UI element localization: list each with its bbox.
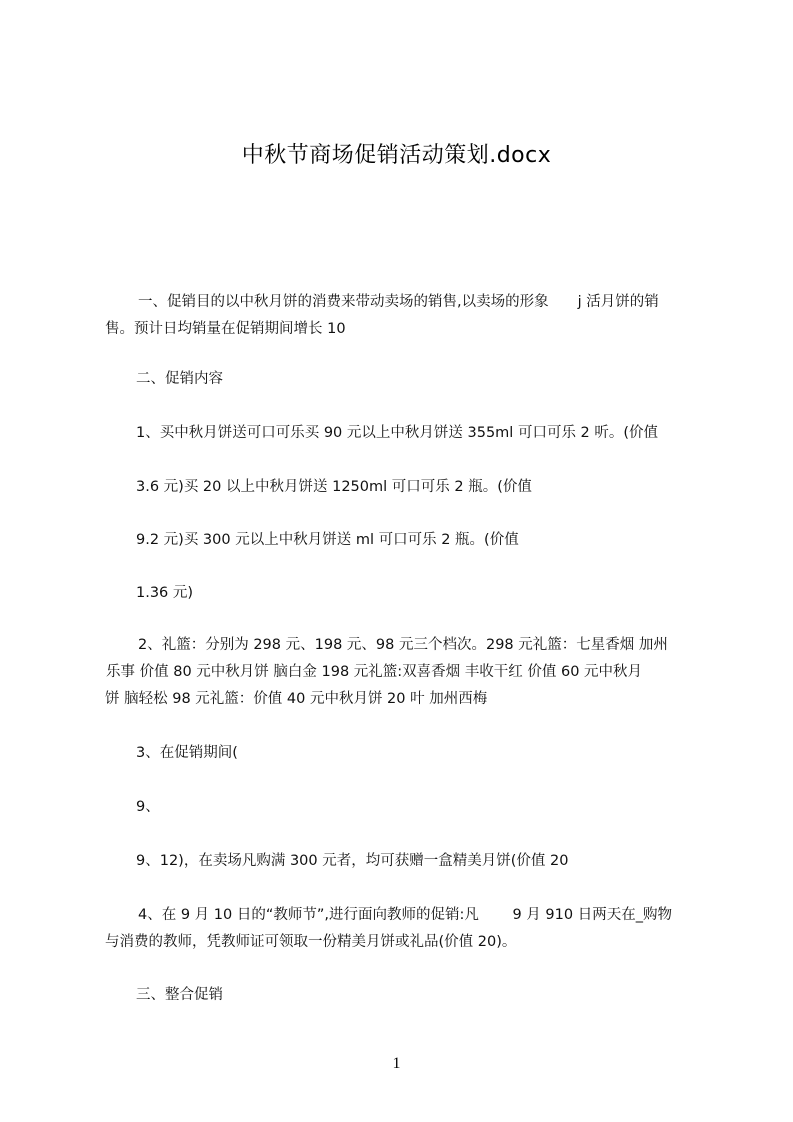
item-3-line-3: 9、12)，在卖场凡购满 300 元者，均可获赠一盒精美月饼(价值 20 (136, 851, 568, 871)
document-page: 中秋节商场促销活动策划.docx 一、促销目的以中秋月饼的消费来带动卖场的销售,… (0, 0, 793, 1122)
paragraph-purpose-line-1: 一、促销目的以中秋月饼的消费来带动卖场的销售,以卖场的形象 j 活月饼的销 (138, 292, 659, 312)
item-4-line-1: 4、在 9 月 10 日的“教师节”,进行面向教师的促销:凡 9 月 910 日… (138, 905, 672, 925)
item-1-line-3: 9.2 元)买 300 元以上中秋月饼送 ml 可口可乐 2 瓶。(价值 (136, 530, 519, 550)
item-4-line-2: 与消费的教师，凭教师证可领取一份精美月饼或礼品(价值 20)。 (105, 932, 516, 952)
item-3-line-1: 3、在促销期间( (136, 743, 238, 763)
section-heading-integrated-promotion: 三、整合促销 (136, 985, 223, 1005)
document-title: 中秋节商场促销活动策划.docx (0, 140, 793, 172)
page-number: 1 (0, 1055, 793, 1073)
section-heading-promotion-content: 二、促销内容 (136, 369, 223, 389)
item-3-line-2: 9、 (136, 797, 160, 817)
item-2-line-3: 饼 脑轻松 98 元礼篮：价值 40 元中秋月饼 20 叶 加州西梅 (105, 689, 487, 709)
item-2-line-1: 2、礼篮：分别为 298 元、198 元、98 元三个档次。298 元礼篮：七星… (138, 635, 668, 655)
item-1-line-1: 1、买中秋月饼送可口可乐买 90 元以上中秋月饼送 355ml 可口可乐 2 听… (136, 423, 658, 443)
paragraph-purpose-line-2: 售。预计日均销量在促销期间增长 10 (105, 319, 346, 339)
item-2-line-2: 乐事 价值 80 元中秋月饼 脑白金 198 元礼篮:双喜香烟 丰收干红 价值 … (106, 662, 642, 682)
item-1-line-4: 1.36 元) (136, 583, 193, 603)
item-1-line-2: 3.6 元)买 20 以上中秋月饼送 1250ml 可口可乐 2 瓶。(价值 (136, 477, 532, 497)
